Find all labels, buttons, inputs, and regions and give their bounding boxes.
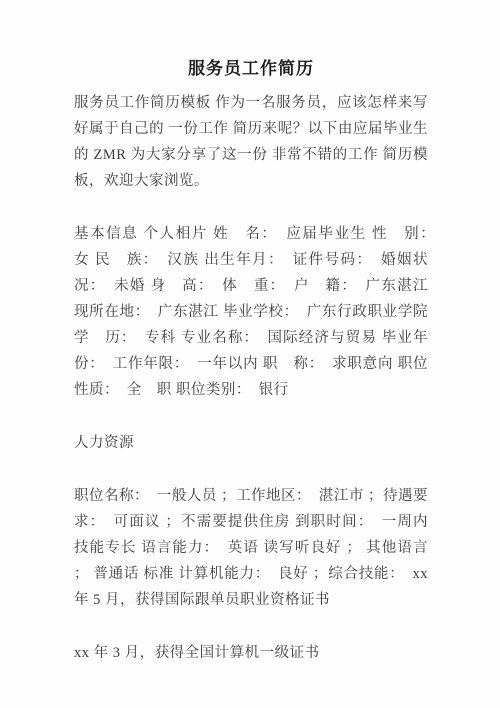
basic-info-paragraph: 基本信息 个人相片 姓 名： 应届毕业生 性 别： 女 民 族： 汉族 出生年月… <box>74 221 428 403</box>
document-page: 服务员工作简历 服务员工作简历模板 作为一名服务员，应该怎样来写好属于自己的 一… <box>0 0 500 708</box>
job-intent-paragraph: 职位名称： 一般人员 ；工作地区： 湛江市 ；待遇要求： 可面议 ；不需要提供住… <box>74 483 428 613</box>
certificate-paragraph: xx 年 3 月，获得全国计算机一级证书 <box>74 640 428 666</box>
document-content: 服务员工作简历 服务员工作简历模板 作为一名服务员，应该怎样来写好属于自己的 一… <box>0 0 500 666</box>
section-heading-hr: 人力资源 <box>74 430 428 456</box>
page-title: 服务员工作简历 <box>74 57 428 81</box>
intro-paragraph: 服务员工作简历模板 作为一名服务员，应该怎样来写好属于自己的 一份工作 简历来呢… <box>74 90 428 194</box>
